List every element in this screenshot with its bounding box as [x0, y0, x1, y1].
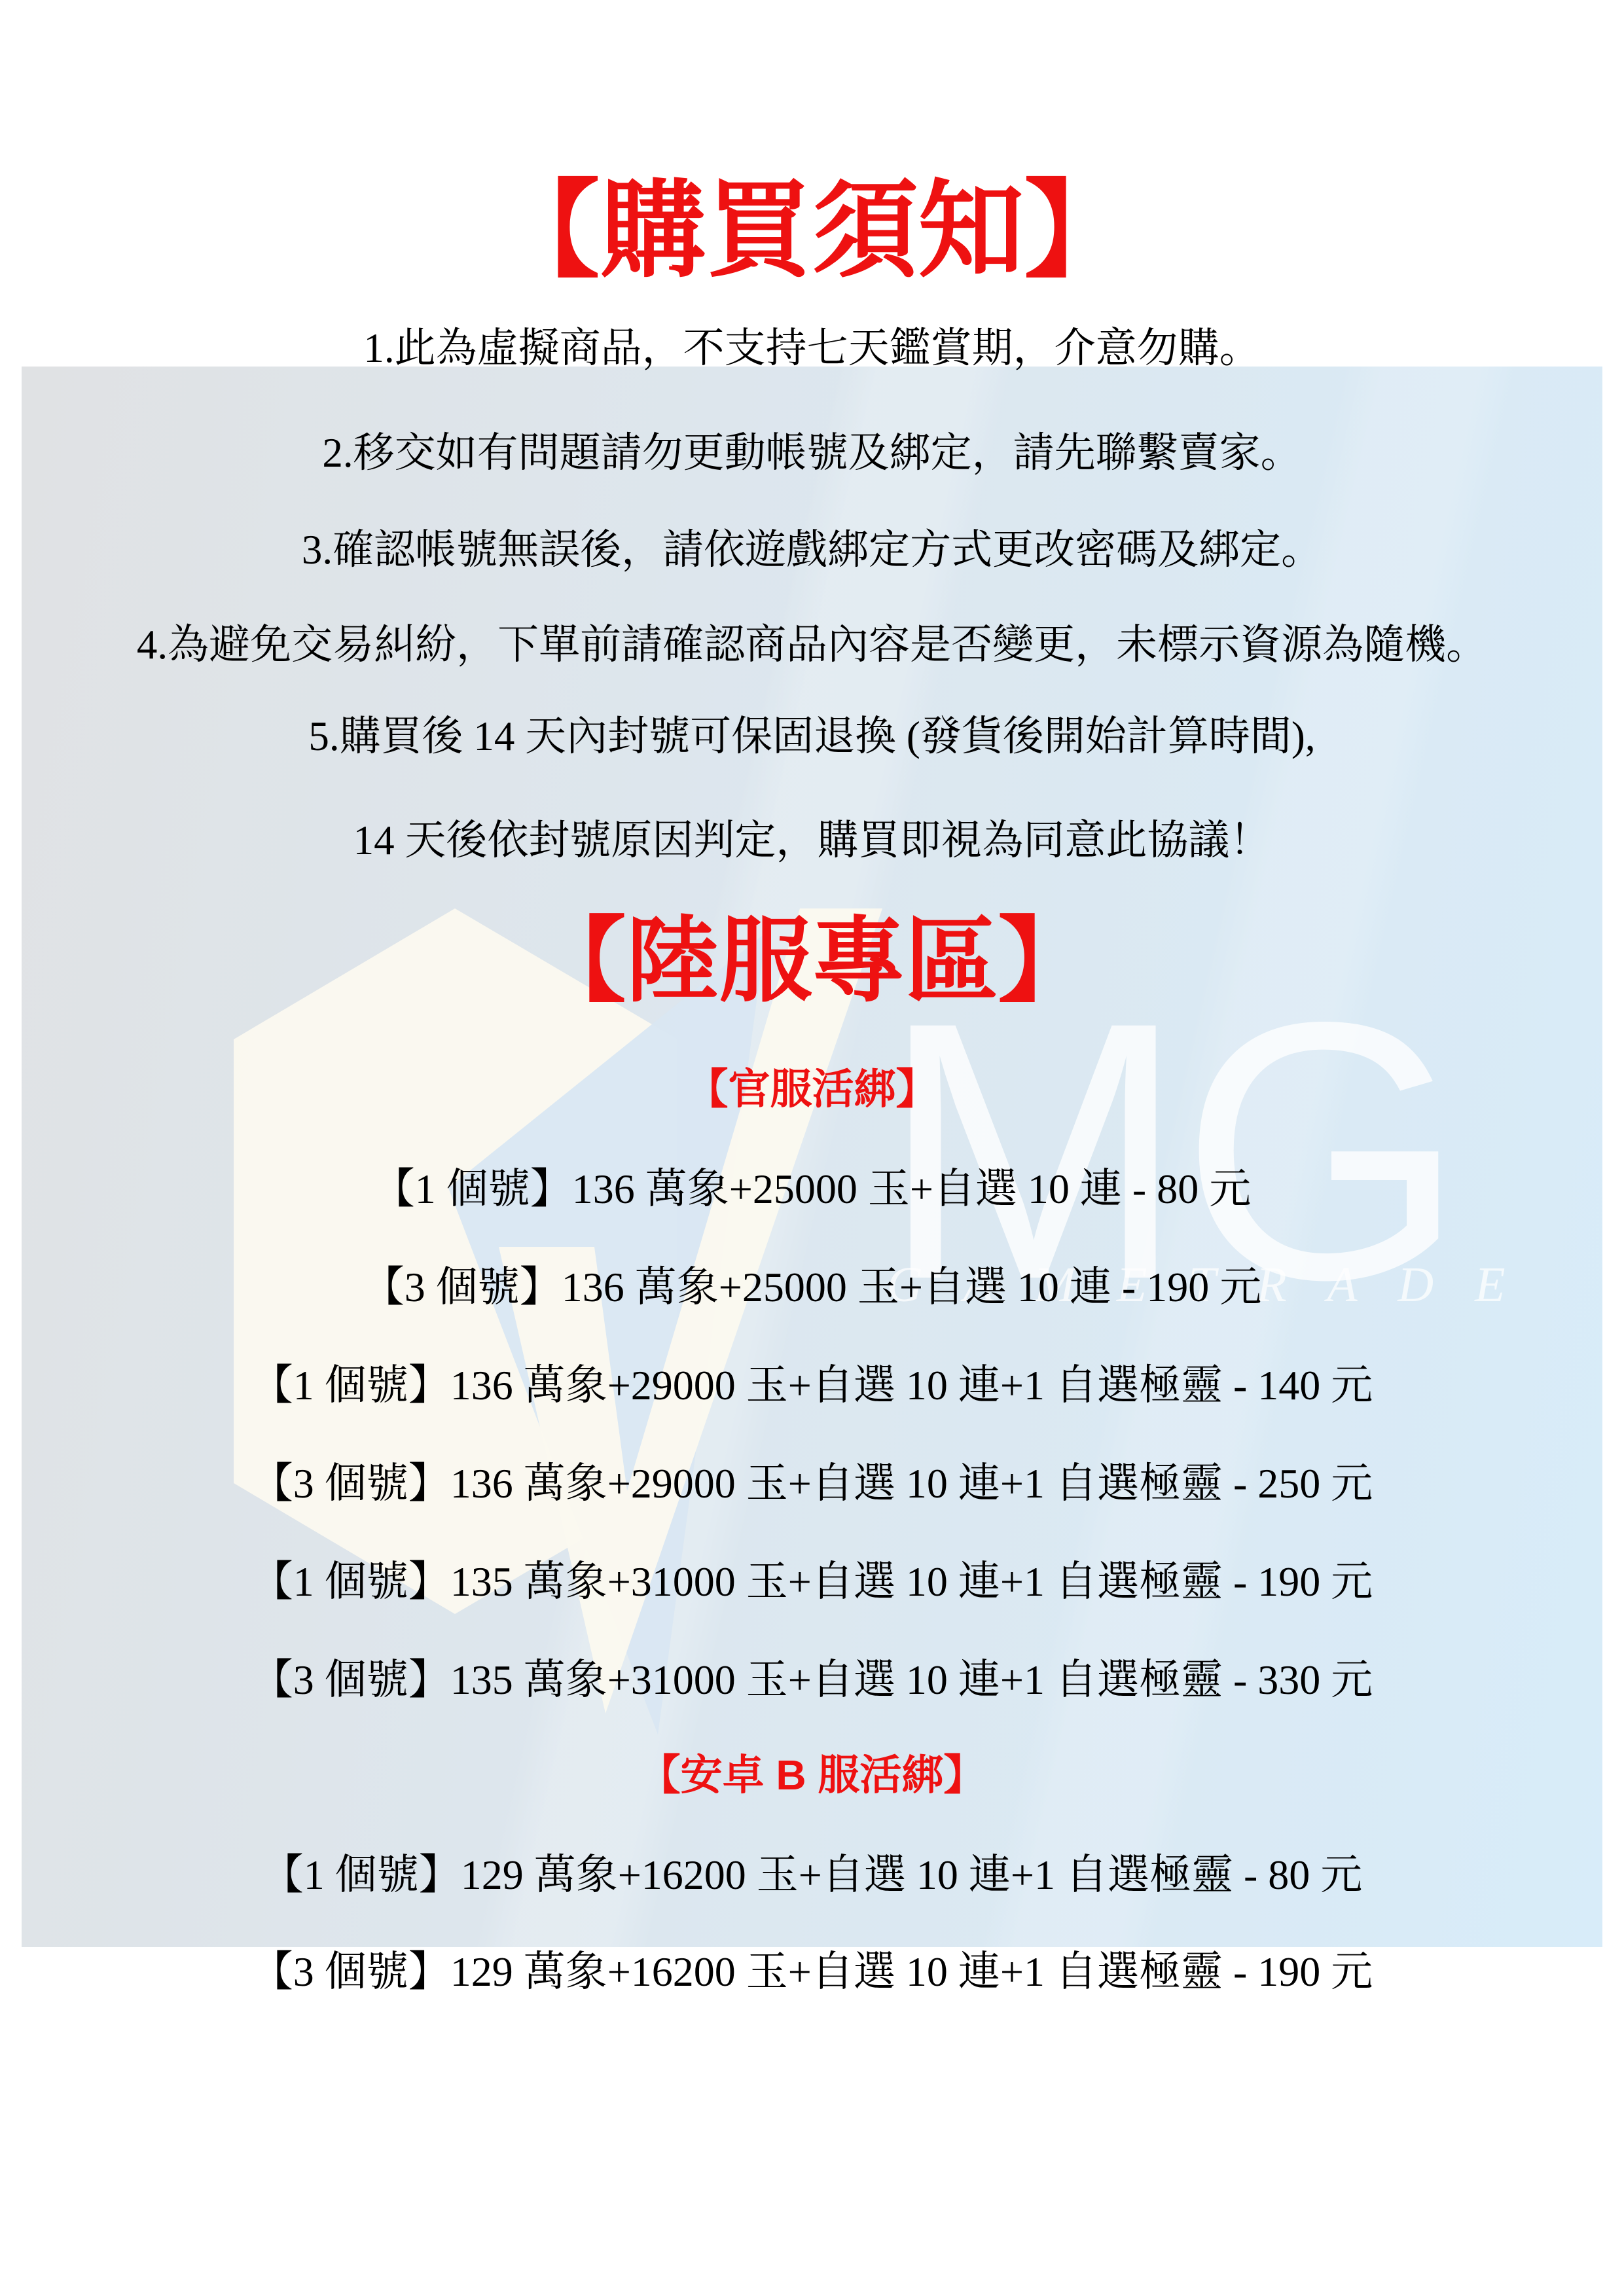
- notice-panel-background: [22, 367, 1602, 1947]
- page-title: 【購買須知】: [0, 174, 1624, 289]
- notice-line-4: 4.為避免交易糾紛，下單前請確認商品內容是否變更，未標示資源為隨機。: [0, 622, 1624, 667]
- section-title-land-server: 【陸服專區】: [0, 911, 1624, 1011]
- notice-line-2: 2.移交如有問題請勿更動帳號及綁定，請先聯繫賣家。: [0, 431, 1624, 475]
- price-item: 【3 個號】129 萬象+16200 玉+自選 10 連+1 自選極靈 - 19…: [0, 1949, 1624, 1994]
- notice-line-3: 3.確認帳號無誤後，請依遊戲綁定方式更改密碼及綁定。: [0, 528, 1624, 572]
- notice-line-1: 1.此為虛擬商品，不支持七天鑑賞期，介意勿購。: [0, 326, 1624, 370]
- group-heading-android-b-server: 【安卓 B 服活綁】: [0, 1753, 1624, 1798]
- group-heading-official-server: 【官服活綁】: [0, 1067, 1624, 1112]
- notice-line-5: 5.購買後 14 天內封號可保固退換 (發貨後開始計算時間),: [0, 714, 1624, 759]
- notice-line-6: 14 天後依封號原因判定，購買即視為同意此協議！: [0, 818, 1624, 863]
- listing-notice-page: MG G A M E T R A D E 【購買須知】 1.此為虛擬商品，不支持…: [0, 0, 1624, 2296]
- price-item: 【3 個號】136 萬象+29000 玉+自選 10 連+1 自選極靈 - 25…: [0, 1461, 1624, 1506]
- price-item: 【3 個號】135 萬象+31000 玉+自選 10 連+1 自選極靈 - 33…: [0, 1657, 1624, 1702]
- price-item: 【1 個號】136 萬象+25000 玉+自選 10 連 - 80 元: [0, 1166, 1624, 1211]
- price-item: 【3 個號】136 萬象+25000 玉+自選 10 連 - 190 元: [0, 1265, 1624, 1310]
- price-item: 【1 個號】135 萬象+31000 玉+自選 10 連+1 自選極靈 - 19…: [0, 1559, 1624, 1604]
- price-item: 【1 個號】129 萬象+16200 玉+自選 10 連+1 自選極靈 - 80…: [0, 1852, 1624, 1897]
- price-item: 【1 個號】136 萬象+29000 玉+自選 10 連+1 自選極靈 - 14…: [0, 1363, 1624, 1408]
